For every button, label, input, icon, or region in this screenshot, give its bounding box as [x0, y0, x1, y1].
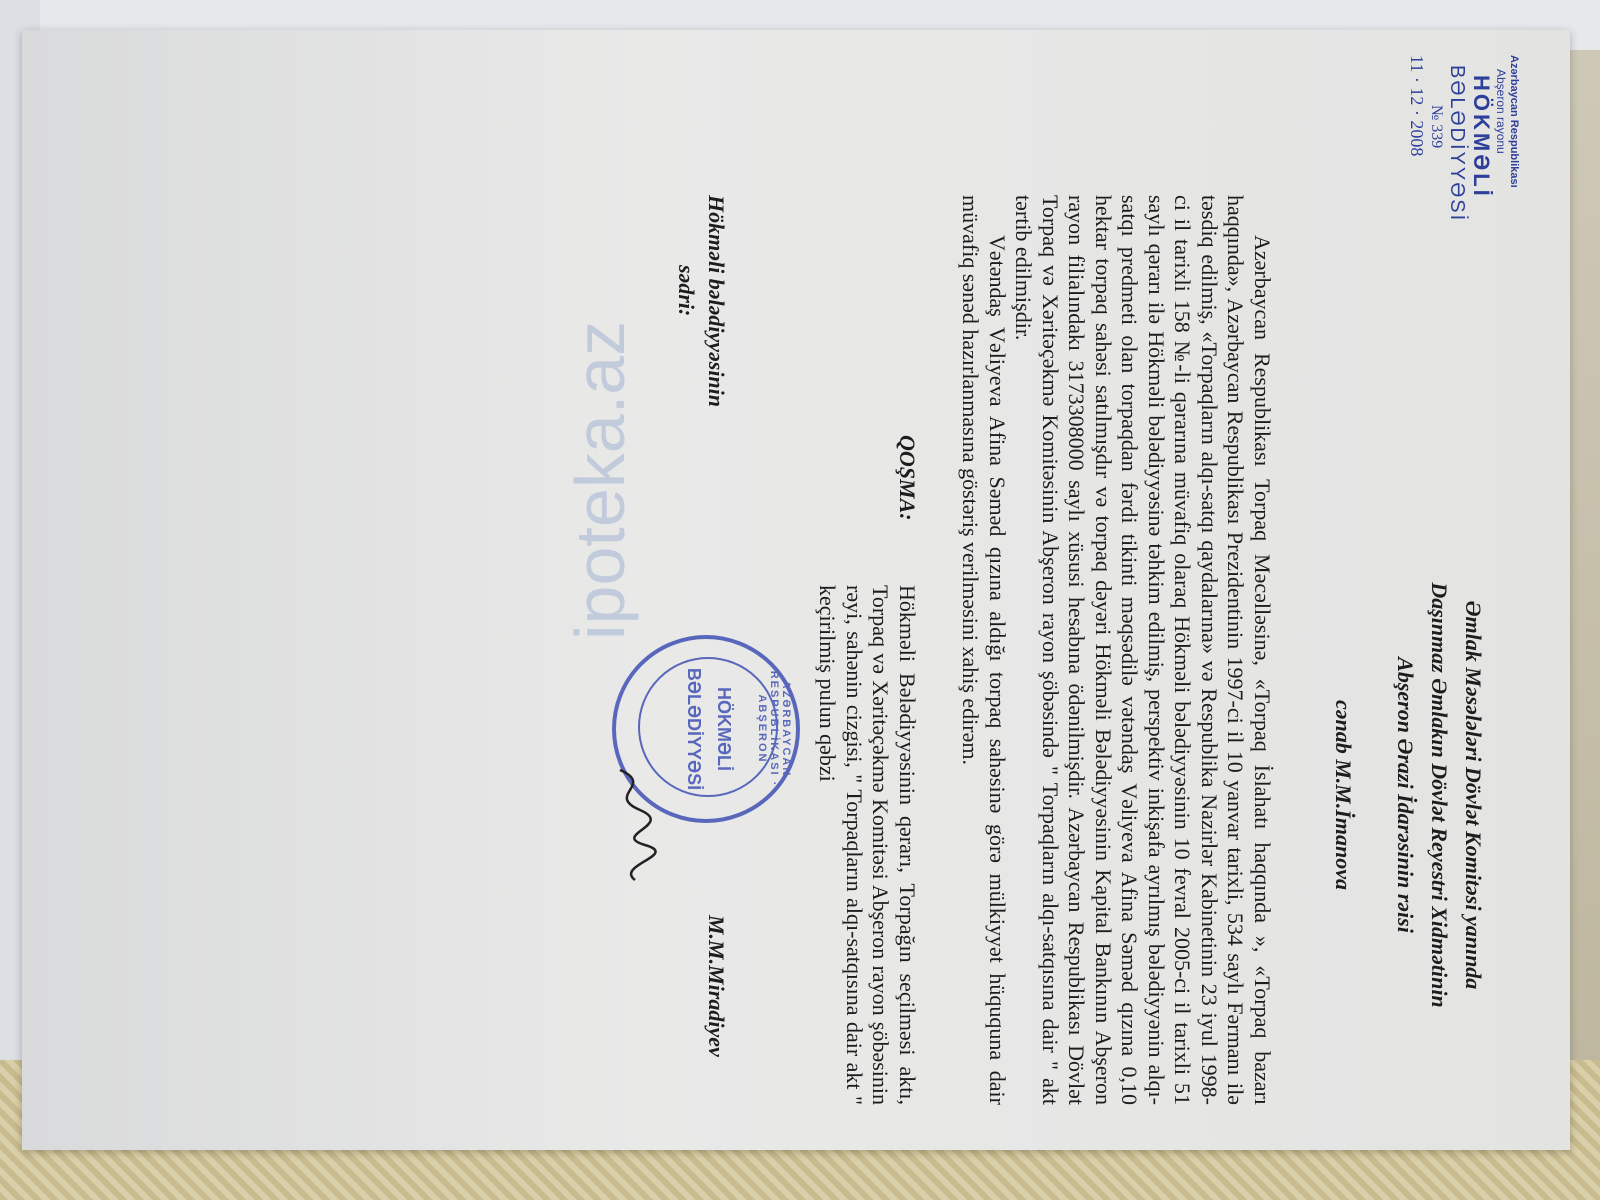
body-paragraph-1: Azərbaycan Respublikası Torpaq Məcəlləsi…: [1010, 195, 1275, 1105]
attachment-label: QOŞMA:: [894, 435, 921, 521]
letterhead-district: Abşeron rayonu: [1494, 69, 1508, 315]
addressee-block: Əmlak Məsələləri Dövlət Komitəsi yanında…: [1326, 485, 1490, 1105]
handwritten-signature: [600, 765, 660, 885]
seal-ring-text: AZƏRBAYCAN RESPUBLİKASI · ABŞERON: [756, 639, 792, 819]
letterhead-stamp: Azərbaycan Respublikası Abşeron rayonu H…: [1406, 55, 1520, 315]
signer-title-line1: Hökməli bələdiyyəsinin: [702, 195, 730, 407]
letter-body: Azərbaycan Respublikası Torpaq Məcəlləsi…: [957, 195, 1275, 1105]
letterhead-date: 11 · 12 · 2008: [1406, 55, 1427, 315]
seal-center-line2: BƏLƏDİYYƏSİ: [683, 639, 704, 819]
addressee-name: cənab M.M.İmanova: [1326, 485, 1360, 1105]
signer-name: M.M.Miradiyev: [702, 915, 730, 1057]
letterhead-number-label: №: [1428, 105, 1445, 120]
letterhead-org-line1: HÖKMƏLİ: [1468, 75, 1494, 315]
addressee-line1: Əmlak Məsələləri Dövlət Komitəsi yanında: [1456, 485, 1490, 1105]
addressee-line3: Abşeron Ərazi İdarəsinin rəisi: [1388, 485, 1422, 1105]
attachment-text: Hökməli Bələdiyyəsinin qərarı, Torpağın …: [814, 585, 920, 1105]
seal-center-line1: HÖKMƏLİ: [713, 639, 734, 819]
attachment-block: QOŞMA: Hökməli Bələdiyyəsinin qərarı, To…: [814, 435, 920, 1105]
body-paragraph-2: Vətəndaş Vəliyeva Afina Səməd qızına ald…: [957, 195, 1010, 1105]
letterhead-number: 339: [1428, 124, 1445, 148]
letterhead-country: Azərbaycan Respublikası: [1508, 55, 1520, 315]
signer-title-line2: sədri:: [672, 265, 700, 316]
addressee-line2: Daşınmaz Əmlakın Dövlət Reyestri Xidməti…: [1422, 485, 1456, 1105]
letterhead-org-line2: BƏLƏDİYYƏSİ: [1445, 65, 1468, 315]
watermark: ipoteka.az: [560, 300, 660, 640]
